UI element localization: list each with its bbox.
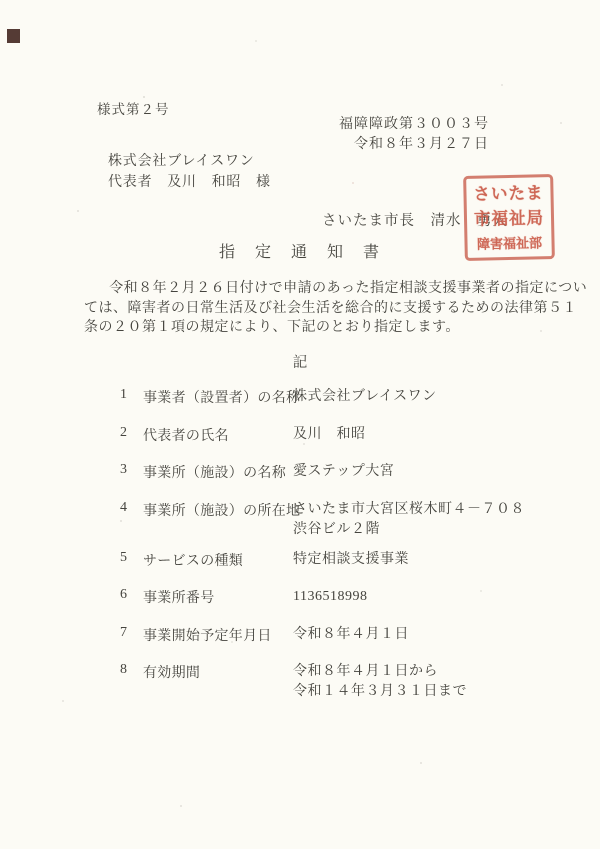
item-number: 8 bbox=[120, 662, 143, 702]
item-value-line: 株式会社ブレイスワン bbox=[293, 389, 437, 404]
paper-specks bbox=[0, 0, 2, 2]
item-label: 事業者（設置者）の名称 bbox=[143, 387, 293, 407]
reference-block: 福障障政第３００３号 令和８年３月２７日 bbox=[339, 115, 489, 154]
list-item: 8 有効期間 令和８年４月１日から令和１４年３月３１日まで bbox=[120, 662, 467, 702]
item-value-line: 愛ステップ大宮 bbox=[293, 464, 394, 479]
item-label: サービスの種類 bbox=[143, 550, 293, 570]
item-label: 事業開始予定年月日 bbox=[143, 625, 293, 645]
list-item: 3 事業所（施設）の名称 愛ステップ大宮 bbox=[120, 462, 394, 482]
form-number: 様式第２号 bbox=[97, 98, 170, 118]
seal-text-row: 市福祉局 bbox=[474, 210, 544, 229]
item-label: 有効期間 bbox=[143, 662, 293, 702]
item-value-line: 令和８年４月１日から bbox=[293, 664, 438, 679]
document-number: 福障障政第３００３号 bbox=[339, 115, 489, 135]
item-number: 3 bbox=[120, 462, 143, 482]
document-title: 指 定 通 知 書 bbox=[0, 239, 600, 262]
item-value: さいたま市大宮区桜木町４－７０８渋谷ビル２階 bbox=[293, 500, 525, 540]
scan-artifact-mark bbox=[7, 29, 20, 43]
item-label: 事業所（施設）の所在地 bbox=[143, 500, 293, 540]
item-value: 令和８年４月１日 bbox=[293, 625, 409, 645]
item-label: 代表者の氏名 bbox=[143, 425, 293, 445]
item-value-line2: 令和１４年３月３１日まで bbox=[293, 682, 467, 702]
body-line: 条の２０第１項の規定により、下記のとおり指定します。 bbox=[84, 318, 587, 338]
item-number: 5 bbox=[120, 550, 143, 570]
item-number: 2 bbox=[120, 425, 143, 445]
item-value: 及川 和昭 bbox=[293, 425, 366, 445]
document-page: 様式第２号 福障障政第３００３号 令和８年３月２７日 株式会社ブレイスワン 代表… bbox=[0, 0, 600, 849]
item-value-line: 及川 和昭 bbox=[293, 427, 366, 442]
item-label: 事業所番号 bbox=[143, 587, 293, 607]
list-item: 5 サービスの種類 特定相談支援事業 bbox=[120, 550, 409, 570]
item-number: 1 bbox=[120, 387, 143, 407]
seal-text-row: さいたま bbox=[473, 185, 543, 204]
item-number: 6 bbox=[120, 587, 143, 607]
body-line: 令和８年２月２６日付けで申請のあった指定相談支援事業者の指定につい bbox=[84, 279, 587, 299]
item-number: 4 bbox=[120, 500, 143, 540]
list-item: 7 事業開始予定年月日 令和８年４月１日 bbox=[120, 625, 409, 645]
item-value: 株式会社ブレイスワン bbox=[293, 387, 437, 407]
item-value: 特定相談支援事業 bbox=[293, 550, 409, 570]
item-label: 事業所（施設）の名称 bbox=[143, 462, 293, 482]
body-line: ては、障害者の日常生活及び社会生活を総合的に支援するための法律第５１ bbox=[84, 299, 587, 319]
item-value-line: さいたま市大宮区桜木町４－７０８ bbox=[293, 502, 525, 517]
body-paragraph: 令和８年２月２６日付けで申請のあった指定相談支援事業者の指定につい ては、障害者… bbox=[84, 279, 587, 338]
item-value: 令和８年４月１日から令和１４年３月３１日まで bbox=[293, 662, 467, 702]
item-value: 1136518998 bbox=[293, 587, 367, 607]
list-item: 2 代表者の氏名 及川 和昭 bbox=[120, 425, 366, 445]
issue-date: 令和８年３月２７日 bbox=[339, 135, 489, 155]
item-value-line: 1136518998 bbox=[293, 589, 367, 604]
item-value-line2: 渋谷ビル２階 bbox=[293, 520, 525, 540]
list-item: 6 事業所番号 1136518998 bbox=[120, 587, 367, 607]
item-value-line: 特定相談支援事業 bbox=[293, 552, 409, 567]
recipient-company: 株式会社ブレイスワン bbox=[108, 152, 271, 173]
recipient-representative: 代表者 及川 和昭 様 bbox=[108, 173, 271, 194]
item-number: 7 bbox=[120, 625, 143, 645]
recipient-block: 株式会社ブレイスワン 代表者 及川 和昭 様 bbox=[108, 152, 271, 193]
item-value-line: 令和８年４月１日 bbox=[293, 627, 409, 642]
list-item: 1 事業者（設置者）の名称 株式会社ブレイスワン bbox=[120, 387, 437, 407]
list-item: 4 事業所（施設）の所在地 さいたま市大宮区桜木町４－７０８渋谷ビル２階 bbox=[120, 500, 525, 540]
item-value: 愛ステップ大宮 bbox=[293, 462, 394, 482]
record-heading: 記 bbox=[0, 351, 600, 372]
